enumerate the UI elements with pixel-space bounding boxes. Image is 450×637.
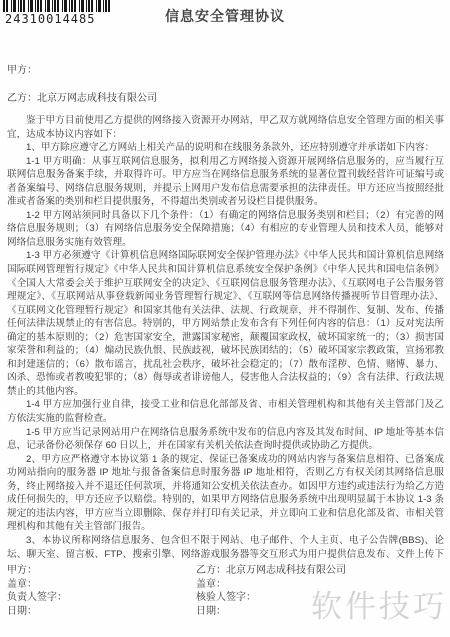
paragraph: 2、甲方应严格遵守本协议第 1 条的规定、保证已备案成功的网站内容与备案信息相符… (7, 453, 444, 534)
paragraph: 1-3 甲方必须遵守《计算机信息网络国际联网安全保护管理办法》《中华人民共和国计… (7, 249, 444, 398)
paragraph: 1、甲方除应遵守乙方网站上相关产品的说明和在线服务条款外，还应特别遵守并承诺如下… (7, 141, 444, 155)
party-a-header-line: 甲方： (7, 61, 37, 76)
paragraph: 1-4 甲方应加强行业自律，接受工业和信息化部部及省、市相关管理机构和其他有关主… (7, 398, 444, 425)
signature-column-party-a: 甲方： 盖章： 负责人签字： 日期： (7, 564, 67, 618)
paragraph: 鉴于甲方目前使用乙方提供的网络接入资源开办网站，甲乙双方就网络信息安全管理方面的… (7, 114, 444, 141)
party-a-signer-label: 负责人签字： (7, 591, 67, 605)
agreement-document-page: 24310014485 信息安全管理协议 甲方： 乙方：北京万网志成科技有限公司… (0, 0, 450, 637)
paragraph: 1-1 甲方明确：从事互联网信息服务，拟利用乙方网络接入资源开展网络信息服务的，… (7, 155, 444, 209)
paragraph: 1-2 甲方网站须同时具备以下几个条件：（1）有确定的网络信息服务类别和栏目；（… (7, 209, 444, 250)
party-b-header-line: 乙方：北京万网志成科技有限公司 (7, 89, 157, 104)
watermark: 软件技巧 (311, 581, 447, 626)
party-a-seal-label: 盖章： (7, 578, 67, 592)
paragraph: 1-5 甲方应当记录网站用户在网络信息服务系统中发布的信息内容及其发布时间、IP… (7, 426, 444, 453)
paragraph: 3、本协议所称网络信息服务、包含但不限于网站、电子邮件、个人主页、电子公告牌(B… (7, 534, 444, 560)
party-a-date-label: 日期： (7, 605, 67, 619)
party-a-sign-label: 甲方： (7, 564, 67, 578)
body-paragraphs: 鉴于甲方目前使用乙方提供的网络接入资源开办网站，甲乙双方就网络信息安全管理方面的… (7, 114, 444, 560)
party-b-sign-label: 乙方：北京万网志成科技有限公司 (196, 564, 346, 578)
page-title: 信息安全管理协议 (0, 6, 450, 26)
